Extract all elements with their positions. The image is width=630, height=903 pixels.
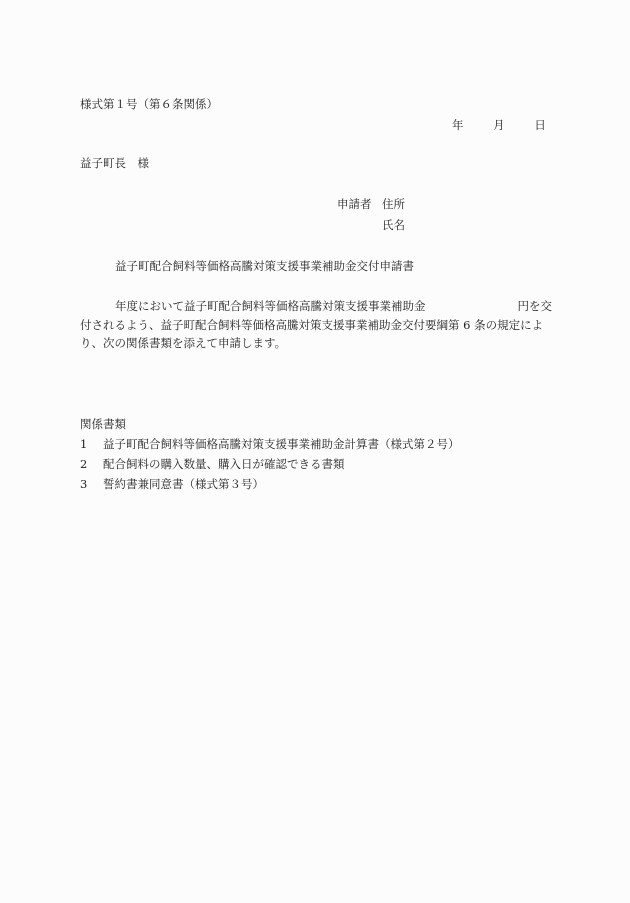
applicant-label: 申請者 [337,197,372,212]
attachment-item: 2配合飼料の購入数量、購入日が確認できる書類 [80,457,345,472]
attachment-text: 益子町配合飼料等価格高騰対策支援事業補助金計算書（様式第２号） [103,437,460,451]
body-line-3: り、次の関係書類を添えて申請します。 [80,334,555,353]
date-year-label: 年 [452,118,464,133]
attachment-number: 2 [80,457,103,472]
addressee: 益子町長 様 [80,156,149,171]
date-day-label: 日 [534,118,546,133]
applicant-name-label: 氏名 [382,218,405,233]
attachment-item: 3誓約書兼同意書（様式第３号） [80,477,264,492]
attachments-heading: 関係書類 [80,417,126,432]
applicant-address-label: 住所 [382,197,405,212]
attachment-item: 1益子町配合飼料等価格高騰対策支援事業補助金計算書（様式第２号） [80,437,460,452]
application-body: 年度において益子町配合飼料等価格高騰対策支援事業補助金 円を交 付されるよう、益… [80,297,555,353]
attachment-text: 誓約書兼同意書（様式第３号） [103,477,264,491]
body-line-2: 付されるよう、益子町配合飼料等価格高騰対策支援事業補助金交付要綱第 6 条の規定… [80,316,555,335]
attachment-text: 配合飼料の購入数量、購入日が確認できる書類 [103,457,345,471]
attachment-number: 3 [80,477,103,492]
date-line: 年 月 日 [452,118,546,133]
document-title: 益子町配合飼料等価格高騰対策支援事業補助金交付申請書 [115,259,414,274]
body-line-1: 年度において益子町配合飼料等価格高騰対策支援事業補助金 円を交 [80,297,555,316]
attachment-number: 1 [80,437,103,452]
date-month-label: 月 [493,118,505,133]
form-number: 様式第１号（第６条関係） [80,97,218,112]
